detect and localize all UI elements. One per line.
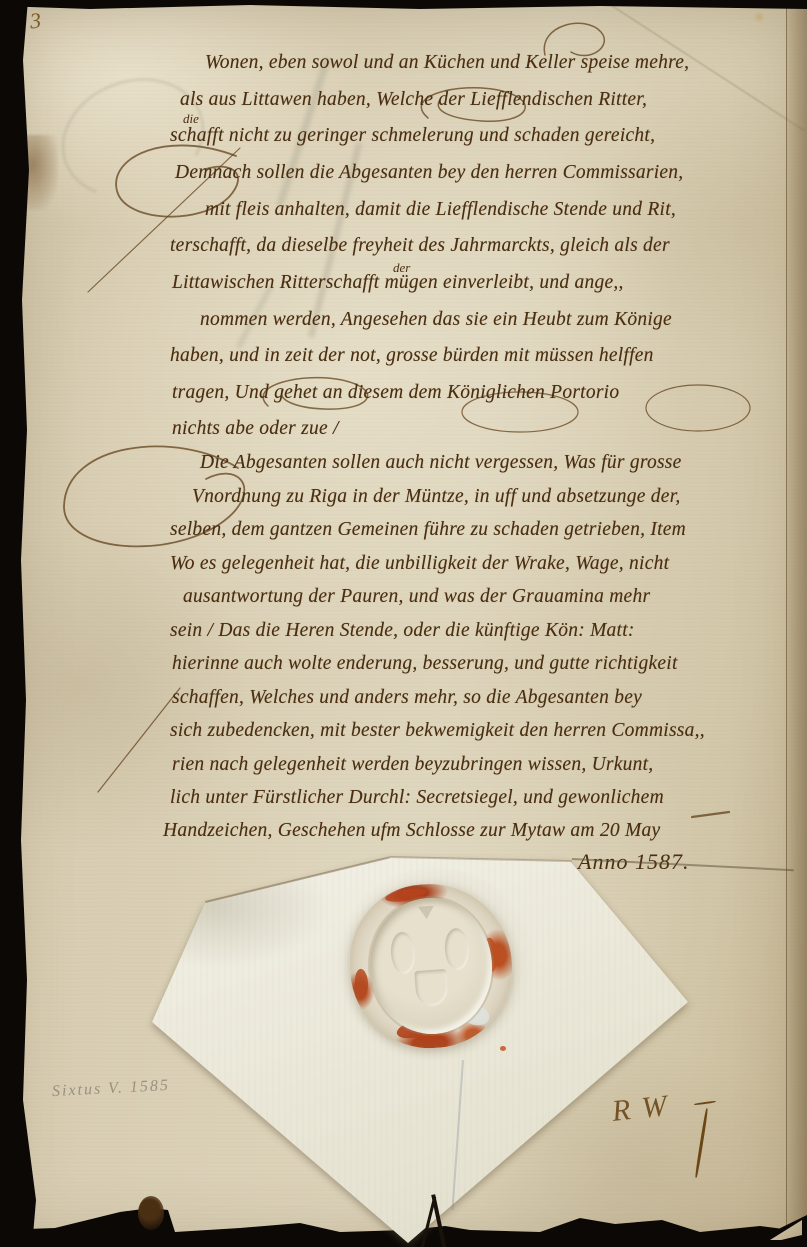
- wax-glimpse: [354, 968, 369, 997]
- manuscript-line: Handzeichen, Geschehen ufm Schlosse zur …: [163, 820, 660, 842]
- page-right-edge: [786, 0, 807, 1247]
- manuscript-line: selben, dem gantzen Gemeinen führe zu sc…: [170, 519, 686, 541]
- manuscript-line: schaffen, Welches und anders mehr, so di…: [172, 687, 642, 709]
- scanned-manuscript-page: 3 Wonen, eben sowol und an Küchen und Ke…: [0, 0, 807, 1247]
- manuscript-line: sein / Das die Heren Stende, oder die kü…: [170, 620, 635, 642]
- arrow-stroke: [431, 1194, 447, 1247]
- manuscript-line: Vnordnung zu Riga in der Müntze, in uff …: [192, 486, 681, 508]
- seal-supporter: [443, 927, 470, 971]
- manuscript-line: terschafft, da dieselbe freyheit des Jah…: [170, 235, 670, 257]
- interlinear-insertion: der: [393, 260, 410, 276]
- manuscript-line: nommen werden, Angesehen das sie ein Heu…: [200, 309, 672, 331]
- ink-mark-arrow: [410, 1190, 470, 1247]
- manuscript-line: tragen, Und gehet an diesem dem Königlic…: [172, 382, 619, 404]
- manuscript-line: mit fleis anhalten, damit die Liefflendi…: [205, 199, 676, 221]
- manuscript-line: sich zubedencken, mit bester bekwemigkei…: [170, 720, 705, 742]
- foxing-spot: [752, 12, 766, 22]
- manuscript-line: Wo es gelegenheit hat, die unbilligkeit …: [170, 553, 669, 575]
- manuscript-line: als aus Littawen haben, Welche der Lieff…: [180, 89, 647, 111]
- seal-crest: [418, 906, 435, 920]
- manuscript-line: Die Abgesanten sollen auch nicht vergess…: [200, 452, 682, 474]
- manuscript-line: nichts abe oder zue /: [172, 418, 339, 440]
- manuscript-line: Demnach sollen die Abgesanten bey den he…: [175, 162, 683, 184]
- manuscript-line: ausantwortung der Pauren, und was der Gr…: [183, 586, 650, 608]
- manuscript-line: schafft nicht zu geringer schmelerung un…: [170, 125, 655, 147]
- manuscript-line: rien nach gelegenheit werden beyzubringe…: [172, 754, 653, 776]
- manuscript-line: Wonen, eben sowol und an Küchen und Kell…: [205, 52, 689, 74]
- interlinear-insertion: die: [183, 111, 199, 127]
- manuscript-line: lich unter Fürstlicher Durchl: Secretsie…: [170, 787, 664, 809]
- seal-supporter: [390, 931, 417, 975]
- manuscript-line: haben, und in zeit der not, grosse bürde…: [170, 345, 654, 367]
- seal-shield: [414, 969, 448, 1007]
- wax-droplet: [500, 1046, 506, 1051]
- manuscript-line: hierinne auch wolte enderung, besserung,…: [172, 653, 678, 675]
